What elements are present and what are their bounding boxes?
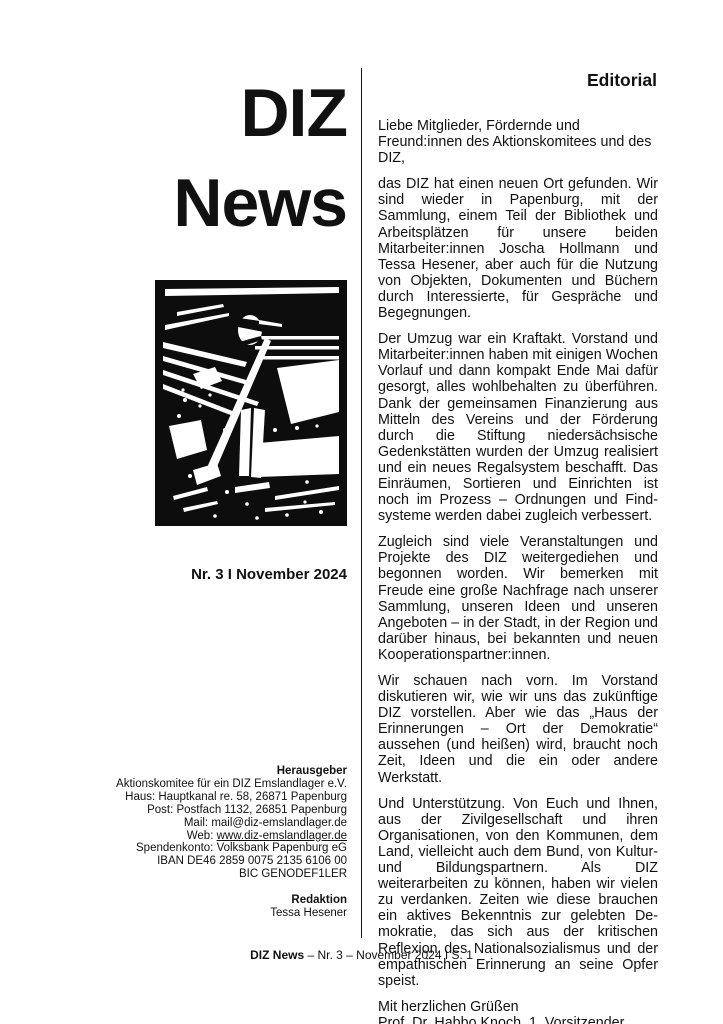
- publisher-line: Aktionskomitee für ein DIZ Emslandlager …: [67, 778, 347, 791]
- editorial-paragraph: das DIZ hat einen neuen Ort gefunden. Wi…: [378, 176, 658, 321]
- editorial-paragraph: Zugleich sind viele Veranstaltungen und …: [378, 534, 658, 663]
- newsletter-page: DIZ News: [0, 0, 723, 1024]
- newsletter-title-line2: News: [173, 158, 347, 248]
- editorial-paragraph: Wir schauen nach vorn. Im Vorstand disku…: [378, 673, 658, 786]
- issue-number: Nr. 3 I November 2024: [191, 566, 347, 583]
- footer-issue-page: – Nr. 3 – November 2024 I S. 1: [304, 948, 473, 962]
- web-label: Web:: [187, 830, 217, 842]
- woodcut-illustration: [155, 280, 347, 526]
- editorial-closing: Mit herzlichen Grüßen Prof. Dr. Habbo Kn…: [378, 999, 658, 1024]
- publisher-mail-line: Mail: mail@diz-emslandlager.de: [67, 817, 347, 830]
- bank-line: Spendenkonto: Volksbank Papenburg eG: [67, 842, 347, 855]
- editor-heading: Redaktion: [67, 894, 347, 907]
- closing-greeting: Mit herzlichen Grüßen: [378, 999, 519, 1015]
- closing-signature: Prof. Dr. Habbo Knoch, 1. Vorsitzender: [378, 1015, 624, 1024]
- newsletter-title-line1: DIZ: [173, 68, 347, 158]
- publisher-heading: Herausgeber: [67, 765, 347, 778]
- footer-title: DIZ News: [250, 948, 304, 962]
- publisher-web-line: Web: www.diz-emslandlager.de: [67, 830, 347, 843]
- publisher-line: Post: Postfach 1132, 26851 Papenburg: [67, 804, 347, 817]
- page-footer: DIZ News – Nr. 3 – November 2024 I S. 1: [0, 948, 723, 962]
- section-heading-editorial: Editorial: [587, 70, 657, 91]
- moor-worker-woodcut-image: [155, 280, 347, 526]
- publisher-line: Haus: Hauptkanal re. 58, 26871 Papenburg: [67, 791, 347, 804]
- bank-line: BIC GENODEF1LER: [67, 868, 347, 881]
- website-link[interactable]: www.diz-emslandlager.de: [217, 830, 347, 842]
- newsletter-title: DIZ News: [173, 68, 347, 248]
- editor-name: Tessa Hesener: [67, 907, 347, 920]
- editorial-text: Liebe Mitglieder, Fördernde und Freund:i…: [378, 118, 658, 1024]
- editorial-salutation: Liebe Mitglieder, Fördernde und Freund:i…: [378, 118, 658, 166]
- column-divider: [361, 68, 362, 938]
- bank-line: IBAN DE46 2859 0075 2135 6106 00: [67, 855, 347, 868]
- imprint-block: Herausgeber Aktionskomitee für ein DIZ E…: [67, 765, 347, 920]
- editorial-paragraph: Der Umzug war ein Kraftakt. Vorstand und…: [378, 331, 658, 524]
